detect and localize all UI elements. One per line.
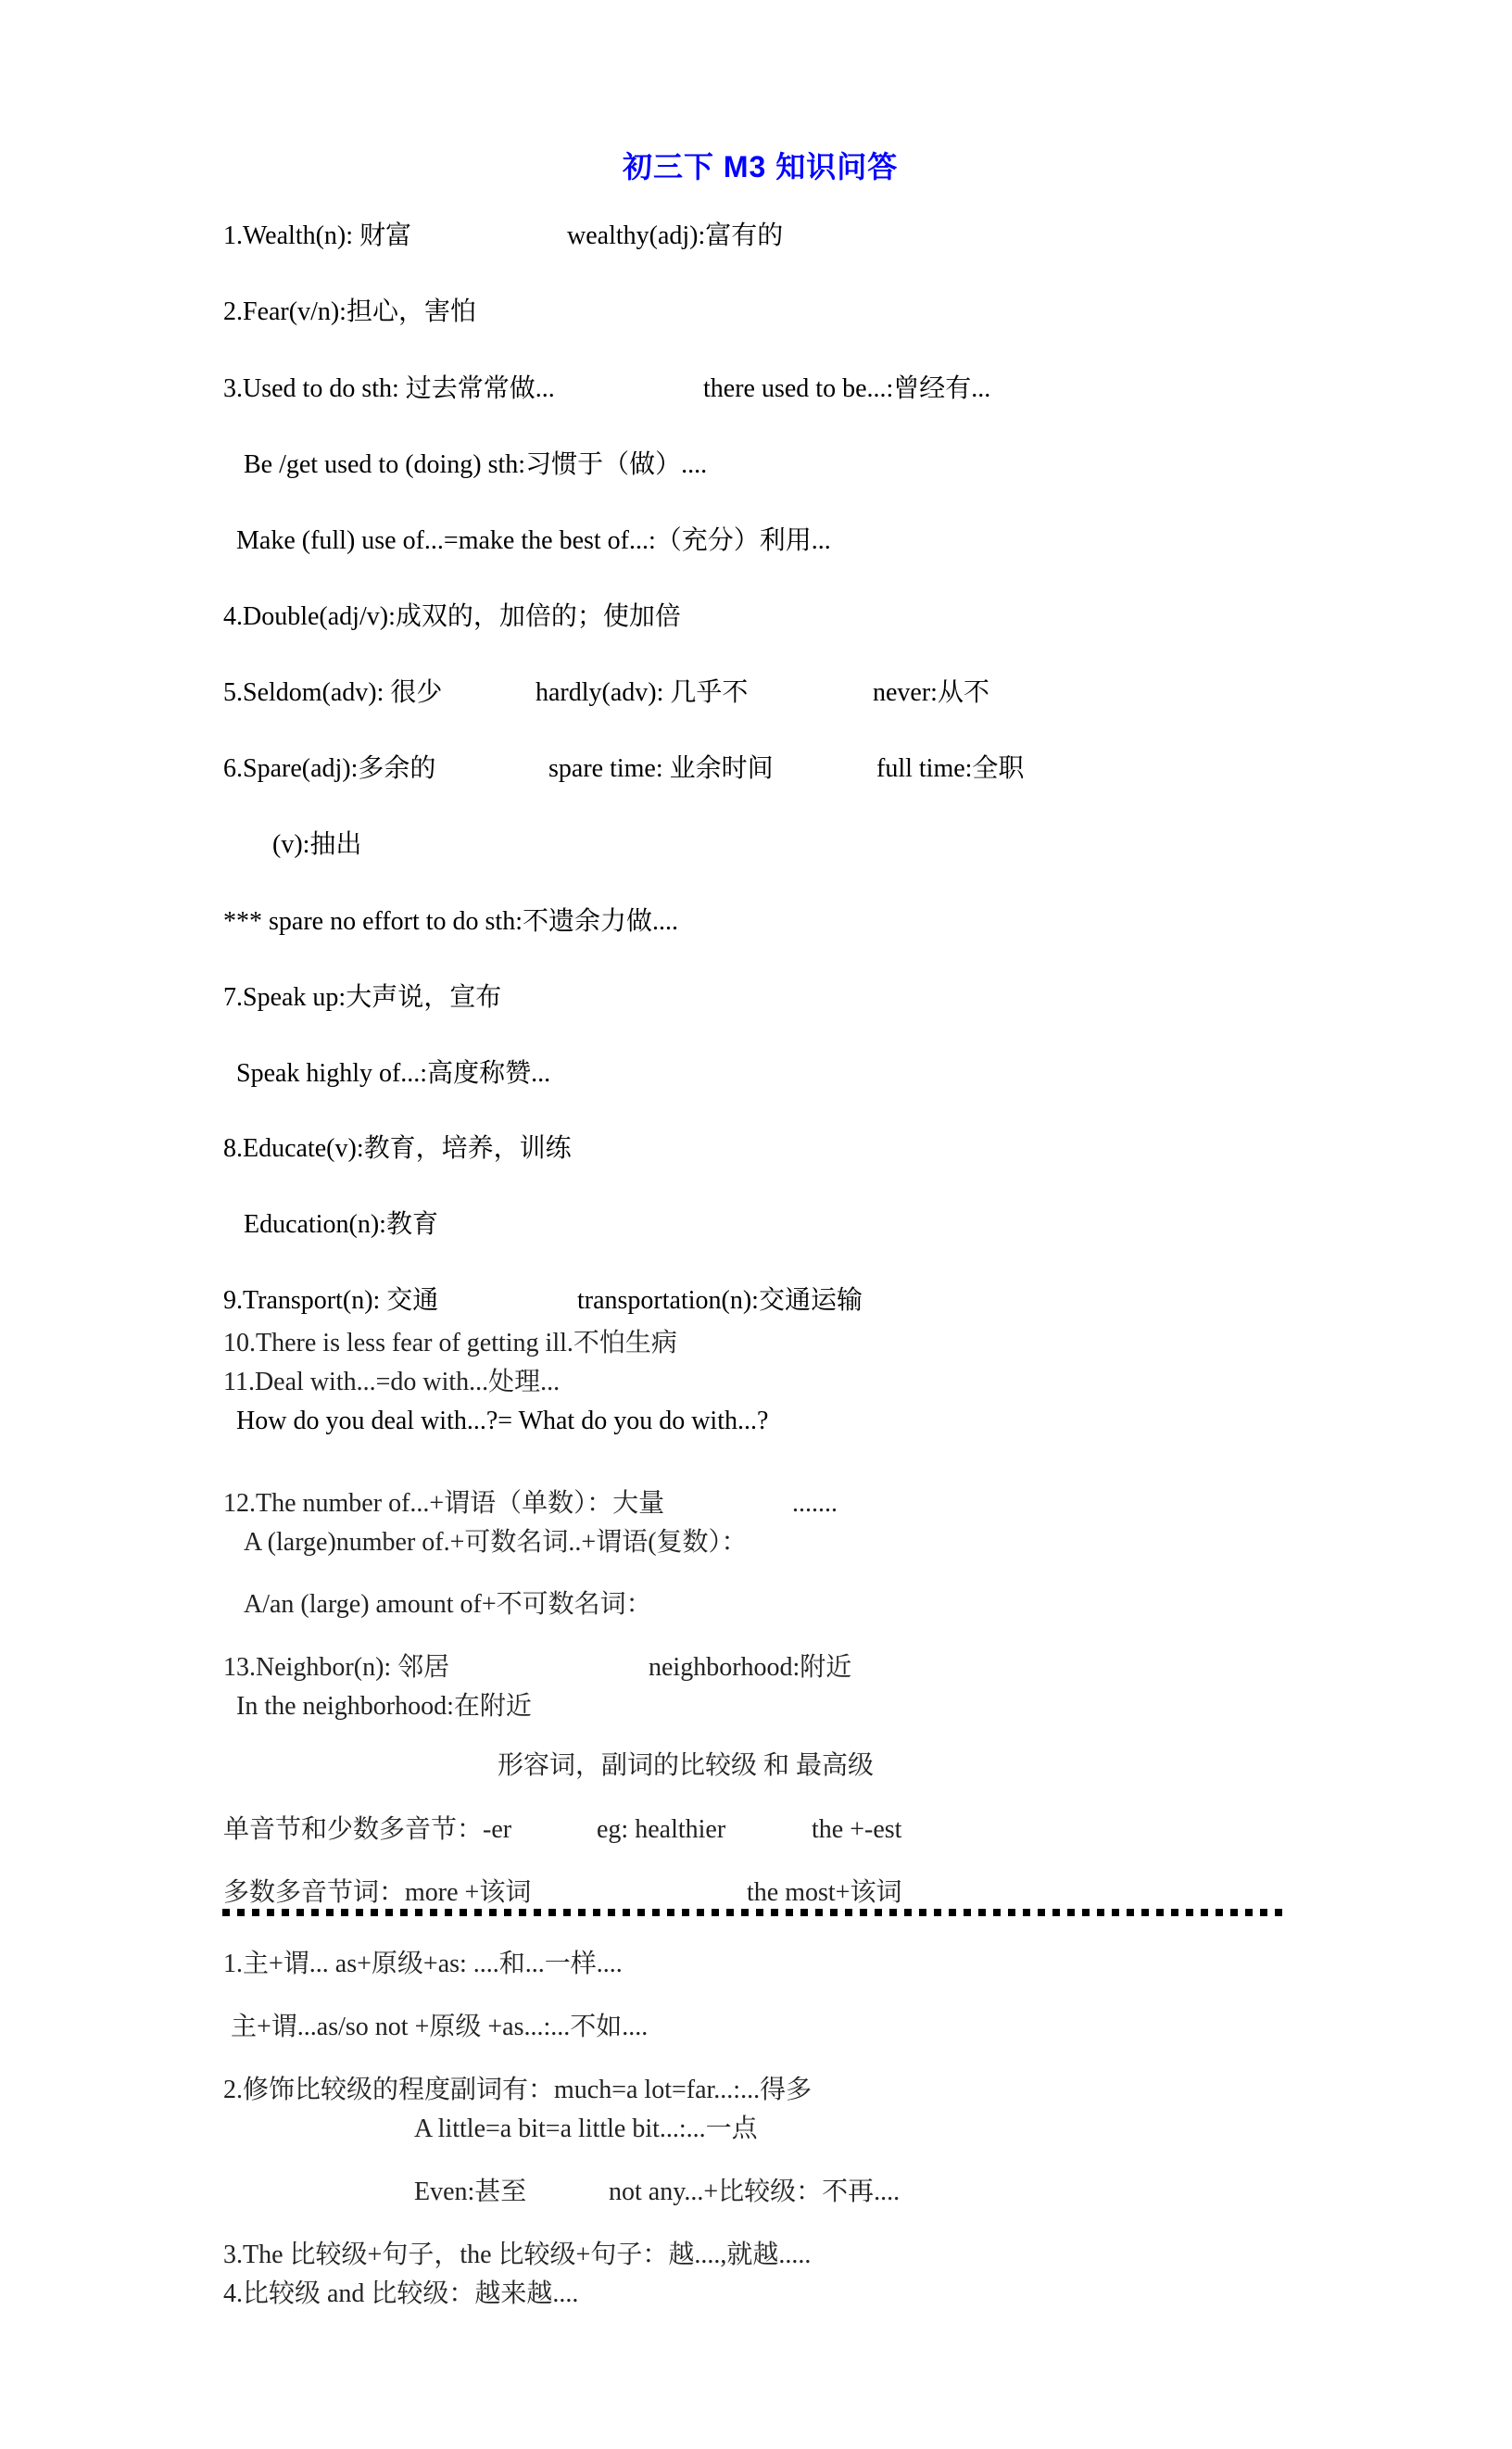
grammar-a-little: A little=a bit=a little bit...:...一点 — [414, 2114, 758, 2145]
vocab-neighbor: 13.Neighbor(n): 邻居 — [223, 1652, 449, 1684]
vocab-fear: 2.Fear(v/n):担心，害怕 — [223, 297, 476, 328]
grammar-the-more-the-more: 3.The 比较级+句子，the 比较级+句子：越....,就越..... — [223, 2240, 811, 2271]
vocab-never: never:从不 — [873, 677, 989, 709]
vocab-less-fear: 10.There is less fear of getting ill.不怕生… — [223, 1328, 677, 1359]
vocab-speak-up: 7.Speak up:大声说，宣布 — [223, 982, 501, 1014]
section-heading-comparison: 形容词，副词的比较级 和 最高级 — [498, 1750, 874, 1782]
vocab-amount-of: A/an (large) amount of+不可数名词： — [244, 1589, 652, 1621]
vocab-deal-with: 11.Deal with...=do with...处理... — [223, 1367, 560, 1398]
rule-example-healthier: eg: healthier — [597, 1814, 725, 1846]
vocab-educate: 8.Educate(v):教育，培养，训练 — [223, 1133, 572, 1165]
grammar-not-as: 主+谓...as/so not +原级 +as...:...不如.... — [231, 2012, 648, 2043]
vocab-there-used-to-be: there used to be...:曾经有... — [703, 373, 990, 405]
document-page: 初三下 M3 知识问答 1.Wealth(n): 财富 wealthy(adj)… — [0, 0, 1512, 2449]
grammar-degree-adverbs: 2.修饰比较级的程度副词有：much=a lot=far...:...得多 — [223, 2075, 812, 2106]
vocab-the-number-of-dots: ....... — [792, 1488, 838, 1520]
grammar-more-and-more: 4.比较级 and 比较级：越来越.... — [223, 2279, 578, 2310]
grammar-not-any: not any...+比较级：不再.... — [609, 2177, 900, 2208]
vocab-be-used-to: Be /get used to (doing) sth:习惯于（做）.... — [244, 449, 707, 481]
dotted-separator — [222, 1909, 1282, 1916]
vocab-neighborhood: neighborhood:附近 — [649, 1652, 851, 1684]
vocab-make-use-of: Make (full) use of...=make the best of..… — [236, 525, 831, 557]
rule-single-syllable: 单音节和少数多音节：-er — [223, 1814, 511, 1846]
grammar-even: Even:甚至 — [414, 2177, 526, 2208]
vocab-full-time: full time:全职 — [876, 753, 1024, 785]
vocab-transportation: transportation(n):交通运输 — [577, 1285, 863, 1317]
vocab-speak-highly: Speak highly of...:高度称赞... — [236, 1058, 550, 1090]
rule-the-most: the most+该词 — [747, 1877, 901, 1909]
rule-multi-syllable: 多数多音节词：more +该词 — [223, 1877, 531, 1909]
vocab-spare: 6.Spare(adj):多余的 — [223, 753, 435, 785]
vocab-how-deal-with: How do you deal with...?= What do you do… — [236, 1406, 768, 1437]
vocab-education: Education(n):教育 — [244, 1209, 438, 1241]
vocab-seldom: 5.Seldom(adv): 很少 — [223, 677, 442, 709]
vocab-a-number-of: A (large)number of.+可数名词..+谓语(复数）： — [244, 1527, 748, 1559]
page-title: 初三下 M3 知识问答 — [623, 144, 898, 186]
vocab-used-to: 3.Used to do sth: 过去常常做... — [223, 373, 555, 405]
vocab-spare-verb: (v):抽出 — [272, 829, 361, 861]
vocab-wealth: 1.Wealth(n): 财富 — [223, 221, 411, 252]
grammar-as-as: 1.主+谓... as+原级+as: ....和...一样.... — [223, 1949, 623, 1980]
vocab-spare-time: spare time: 业余时间 — [548, 753, 774, 785]
vocab-double: 4.Double(adj/v):成双的，加倍的；使加倍 — [223, 601, 681, 633]
rule-superlative-est: the +-est — [812, 1814, 901, 1846]
vocab-the-number-of: 12.The number of...+谓语（单数）：大量 — [223, 1488, 664, 1520]
vocab-transport: 9.Transport(n): 交通 — [223, 1285, 438, 1317]
vocab-hardly: hardly(adv): 几乎不 — [535, 677, 748, 709]
vocab-in-the-neighborhood: In the neighborhood:在附近 — [236, 1691, 532, 1723]
vocab-wealthy: wealthy(adj):富有的 — [567, 221, 783, 252]
vocab-spare-no-effort: *** spare no effort to do sth:不遗余力做.... — [223, 906, 678, 938]
